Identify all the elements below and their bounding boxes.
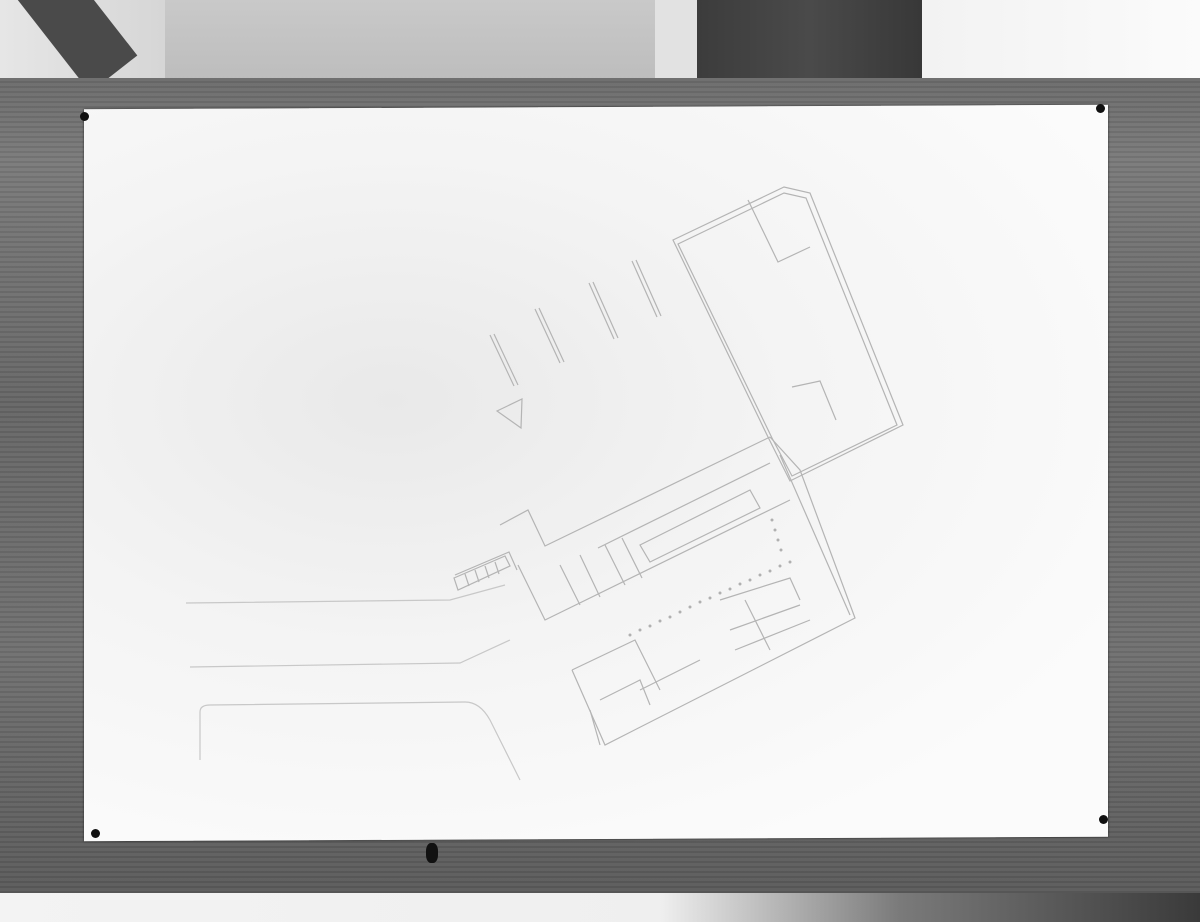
column-rows	[629, 519, 792, 637]
pushpin-top-right	[1096, 104, 1105, 113]
access-road	[186, 585, 520, 780]
floor-plan-drawing	[0, 0, 1200, 922]
main-hall	[673, 187, 903, 481]
pushpin-bottom-left	[91, 829, 100, 838]
entrance-stair	[454, 556, 510, 590]
north-arrow-icon	[497, 399, 522, 428]
pushpin-bottom-right	[1099, 815, 1108, 824]
pushpin-top-left	[80, 112, 89, 121]
lower-wing	[572, 578, 810, 745]
long-wing	[455, 437, 855, 745]
parallel-bars	[490, 260, 661, 386]
ink-blot	[426, 843, 438, 863]
